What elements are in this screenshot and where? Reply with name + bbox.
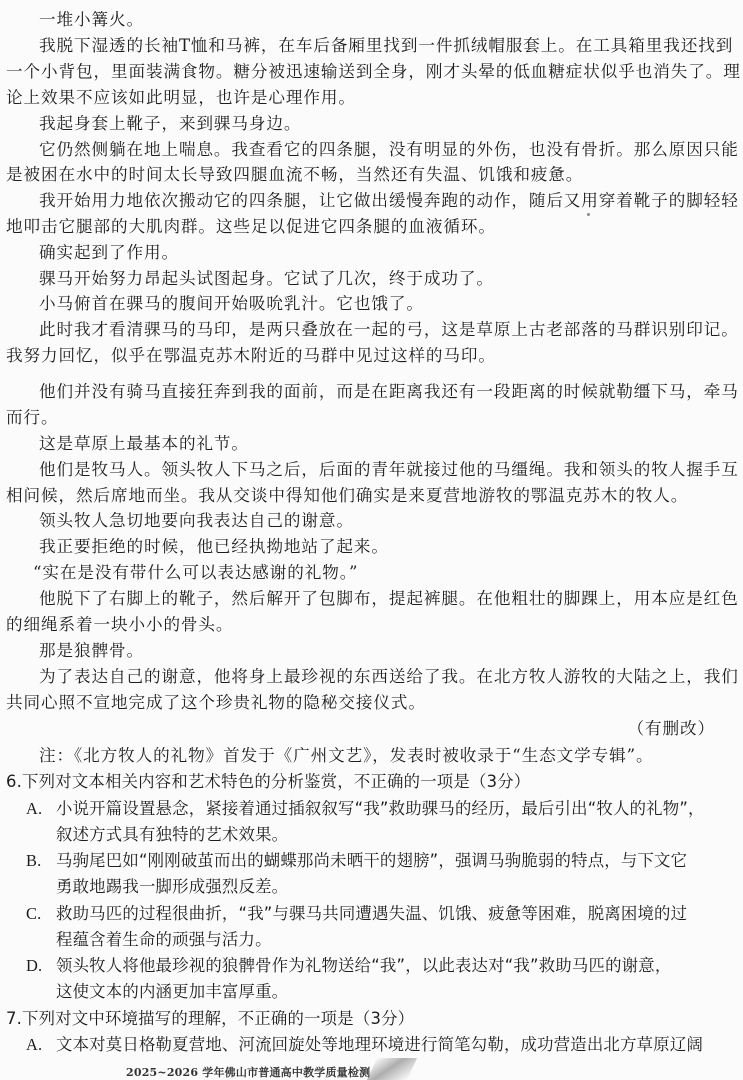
paragraph-line: 共同心照不宣地完成了这个珍贵礼物的隐秘交接仪式。 (6, 692, 426, 714)
page-footer: 2025~2026 学年佛山市普通高中教学质量检测 (126, 1064, 370, 1080)
paragraph-line: 确实起到了作用。 (39, 242, 179, 264)
paragraph-line: 它仍然侧躺在地上喘息。我查看它的四条腿，没有明显的外伤，也没有骨折。那么原因只能 (39, 139, 739, 161)
option-letter: D. (26, 955, 56, 977)
scan-speck (587, 213, 590, 216)
paragraph-line: 论上效果不应该如此明显，也许是心理作用。 (6, 87, 356, 109)
paragraph-line: 是被困在水中的时间太长导致四腿血流不畅，当然还有失温、饥饿和疲惫。 (6, 164, 583, 186)
paragraph-line: 那是狼髀骨。 (39, 640, 144, 662)
paragraph-line: 这是草原上最基本的礼节。 (39, 433, 249, 455)
option-a[interactable]: A.小说开篇设置悬念，紧接着通过插叙叙写“我”救助骒马的经历，最后引出“牧人的礼… (26, 798, 705, 820)
option-a-cont: 叙述方式具有独特的艺术效果。 (56, 824, 288, 846)
option-text: 救助马匹的过程很曲折，“我”与骒马共同遭遇失温、饥饿、疲惫等困难，脱离困境的过 (56, 904, 687, 923)
paragraph-line: 一堆小篝火。 (39, 9, 144, 31)
paragraph-line: 为了表达自己的谢意，他将身上最珍视的东西送给了我。在北方牧人游牧的大陆之上，我们 (39, 666, 739, 688)
question-stem: 下列对文本相关内容和艺术特色的分析鉴赏，不正确的一项是（3分） (22, 772, 530, 791)
paragraph-line: 一个小背包，里面装满食物。糖分被迅速输送到全身，刚才头晕的低血糖症状似乎也消失了… (6, 61, 741, 83)
paragraph-line: 我努力回忆，似乎在鄂温克苏木附近的马群中见过这样的马印。 (6, 345, 496, 367)
option-a[interactable]: A.文本对莫日格勒夏营地、河流回旋处等地理环境进行简笔勾勒，成功营造出北方草原辽… (26, 1034, 703, 1056)
paragraph-line: 我脱下湿透的长袖T恤和马裤，在车后备厢里找到一件抓绒帽服套上。在工具箱里我还找到 (39, 35, 733, 57)
paragraph-line: 而行。 (6, 407, 58, 429)
paragraph-line: 此时我才看清骒马的马印，是两只叠放在一起的弓，这是草原上古老部落的马群识别印记。 (39, 319, 739, 341)
option-letter: A. (26, 1034, 56, 1056)
paragraph-line: 他们并没有骑马直接狂奔到我的面前，而是在距离我还有一段距离的时候就勒缰下马，牵马 (39, 381, 739, 403)
option-text: 马驹尾巴如“刚刚破茧而出的蝴蝶那尚未晒干的翅膀”，强调马驹脆弱的特点，与下文它 (56, 851, 687, 870)
paragraph-line: 他脱下了右脚上的靴子，然后解开了包脚布，提起裤腿。在他粗壮的脚踝上，用本应是红色 (39, 588, 739, 610)
edited-note: （有删改） (628, 718, 715, 740)
question-number: 7. (6, 1009, 22, 1028)
page-curl-shadow (367, 1058, 417, 1080)
question-stem: 下列对文中环境描写的理解，不正确的一项是（3分） (22, 1009, 414, 1028)
option-c-cont: 程蕴含着生命的顽强与活力。 (56, 929, 272, 951)
paragraph-line: 我开始用力地依次搬动它的四条腿，让它做出缓慢奔跑的动作，随后又用穿着靴子的脚轻轻 (39, 190, 739, 212)
paragraph-line: 的细绳系着一块小小的骨头。 (6, 614, 233, 636)
option-c[interactable]: C.救助马匹的过程很曲折，“我”与骒马共同遭遇失温、饥饿、疲惫等困难，脱离困境的… (26, 903, 687, 925)
option-letter: B. (26, 850, 56, 872)
option-letter: A. (26, 798, 56, 820)
option-text: 小说开篇设置悬念，紧接着通过插叙叙写“我”救助骒马的经历，最后引出“牧人的礼物”… (56, 799, 705, 818)
source-note: 注：《北方牧人的礼物》首发于《广州文艺》，发表时被收录于“生态文学专辑”。 (39, 745, 653, 767)
question-number: 6. (6, 772, 22, 791)
option-b[interactable]: B.马驹尾巴如“刚刚破茧而出的蝴蝶那尚未晒干的翅膀”，强调马驹脆弱的特点，与下文… (26, 850, 687, 872)
paragraph-line: 小马俯首在骒马的腹间开始吸吮乳汁。它也饿了。 (39, 293, 424, 315)
option-b-cont: 勇敢地踢我一脚形成强烈反差。 (56, 876, 288, 898)
paragraph-line: 我起身套上靴子，来到骒马身边。 (39, 113, 301, 135)
paragraph-line: 地叩击它腿部的大肌肉群。这些足以促进它四条腿的血液循环。 (6, 216, 496, 238)
paragraph-line: 相问候，然后席地而坐。我从交谈中得知他们确实是来夏营地游牧的鄂温克苏木的牧人。 (6, 485, 688, 507)
option-text: 领头牧人将他最珍视的狼髀骨作为礼物送给“我”，以此表达对“我”救助马匹的谢意， (56, 956, 671, 975)
option-letter: C. (26, 903, 56, 925)
paragraph-line: 他们是牧马人。领头牧人下马之后，后面的青年就接过他的马缰绳。我和领头的牧人握手互 (39, 459, 739, 481)
option-d[interactable]: D.领头牧人将他最珍视的狼髀骨作为礼物送给“我”，以此表达对“我”救助马匹的谢意… (26, 955, 671, 977)
paragraph-line: 我正要拒绝的时候，他已经执拗地站了起来。 (39, 536, 389, 558)
paragraph-line: “实在是没有带什么可以表达感谢的礼物。” (33, 562, 358, 584)
paragraph-line: 领头牧人急切地要向我表达自己的谢意。 (39, 510, 354, 532)
paragraph-line: 骒马开始努力昂起头试图起身。它试了几次，终于成功了。 (39, 268, 494, 290)
option-d-cont: 这使文本的内涵更加丰富厚重。 (56, 981, 288, 1003)
option-text: 文本对莫日格勒夏营地、河流回旋处等地理环境进行简笔勾勒，成功营造出北方草原辽阔 (56, 1035, 703, 1054)
